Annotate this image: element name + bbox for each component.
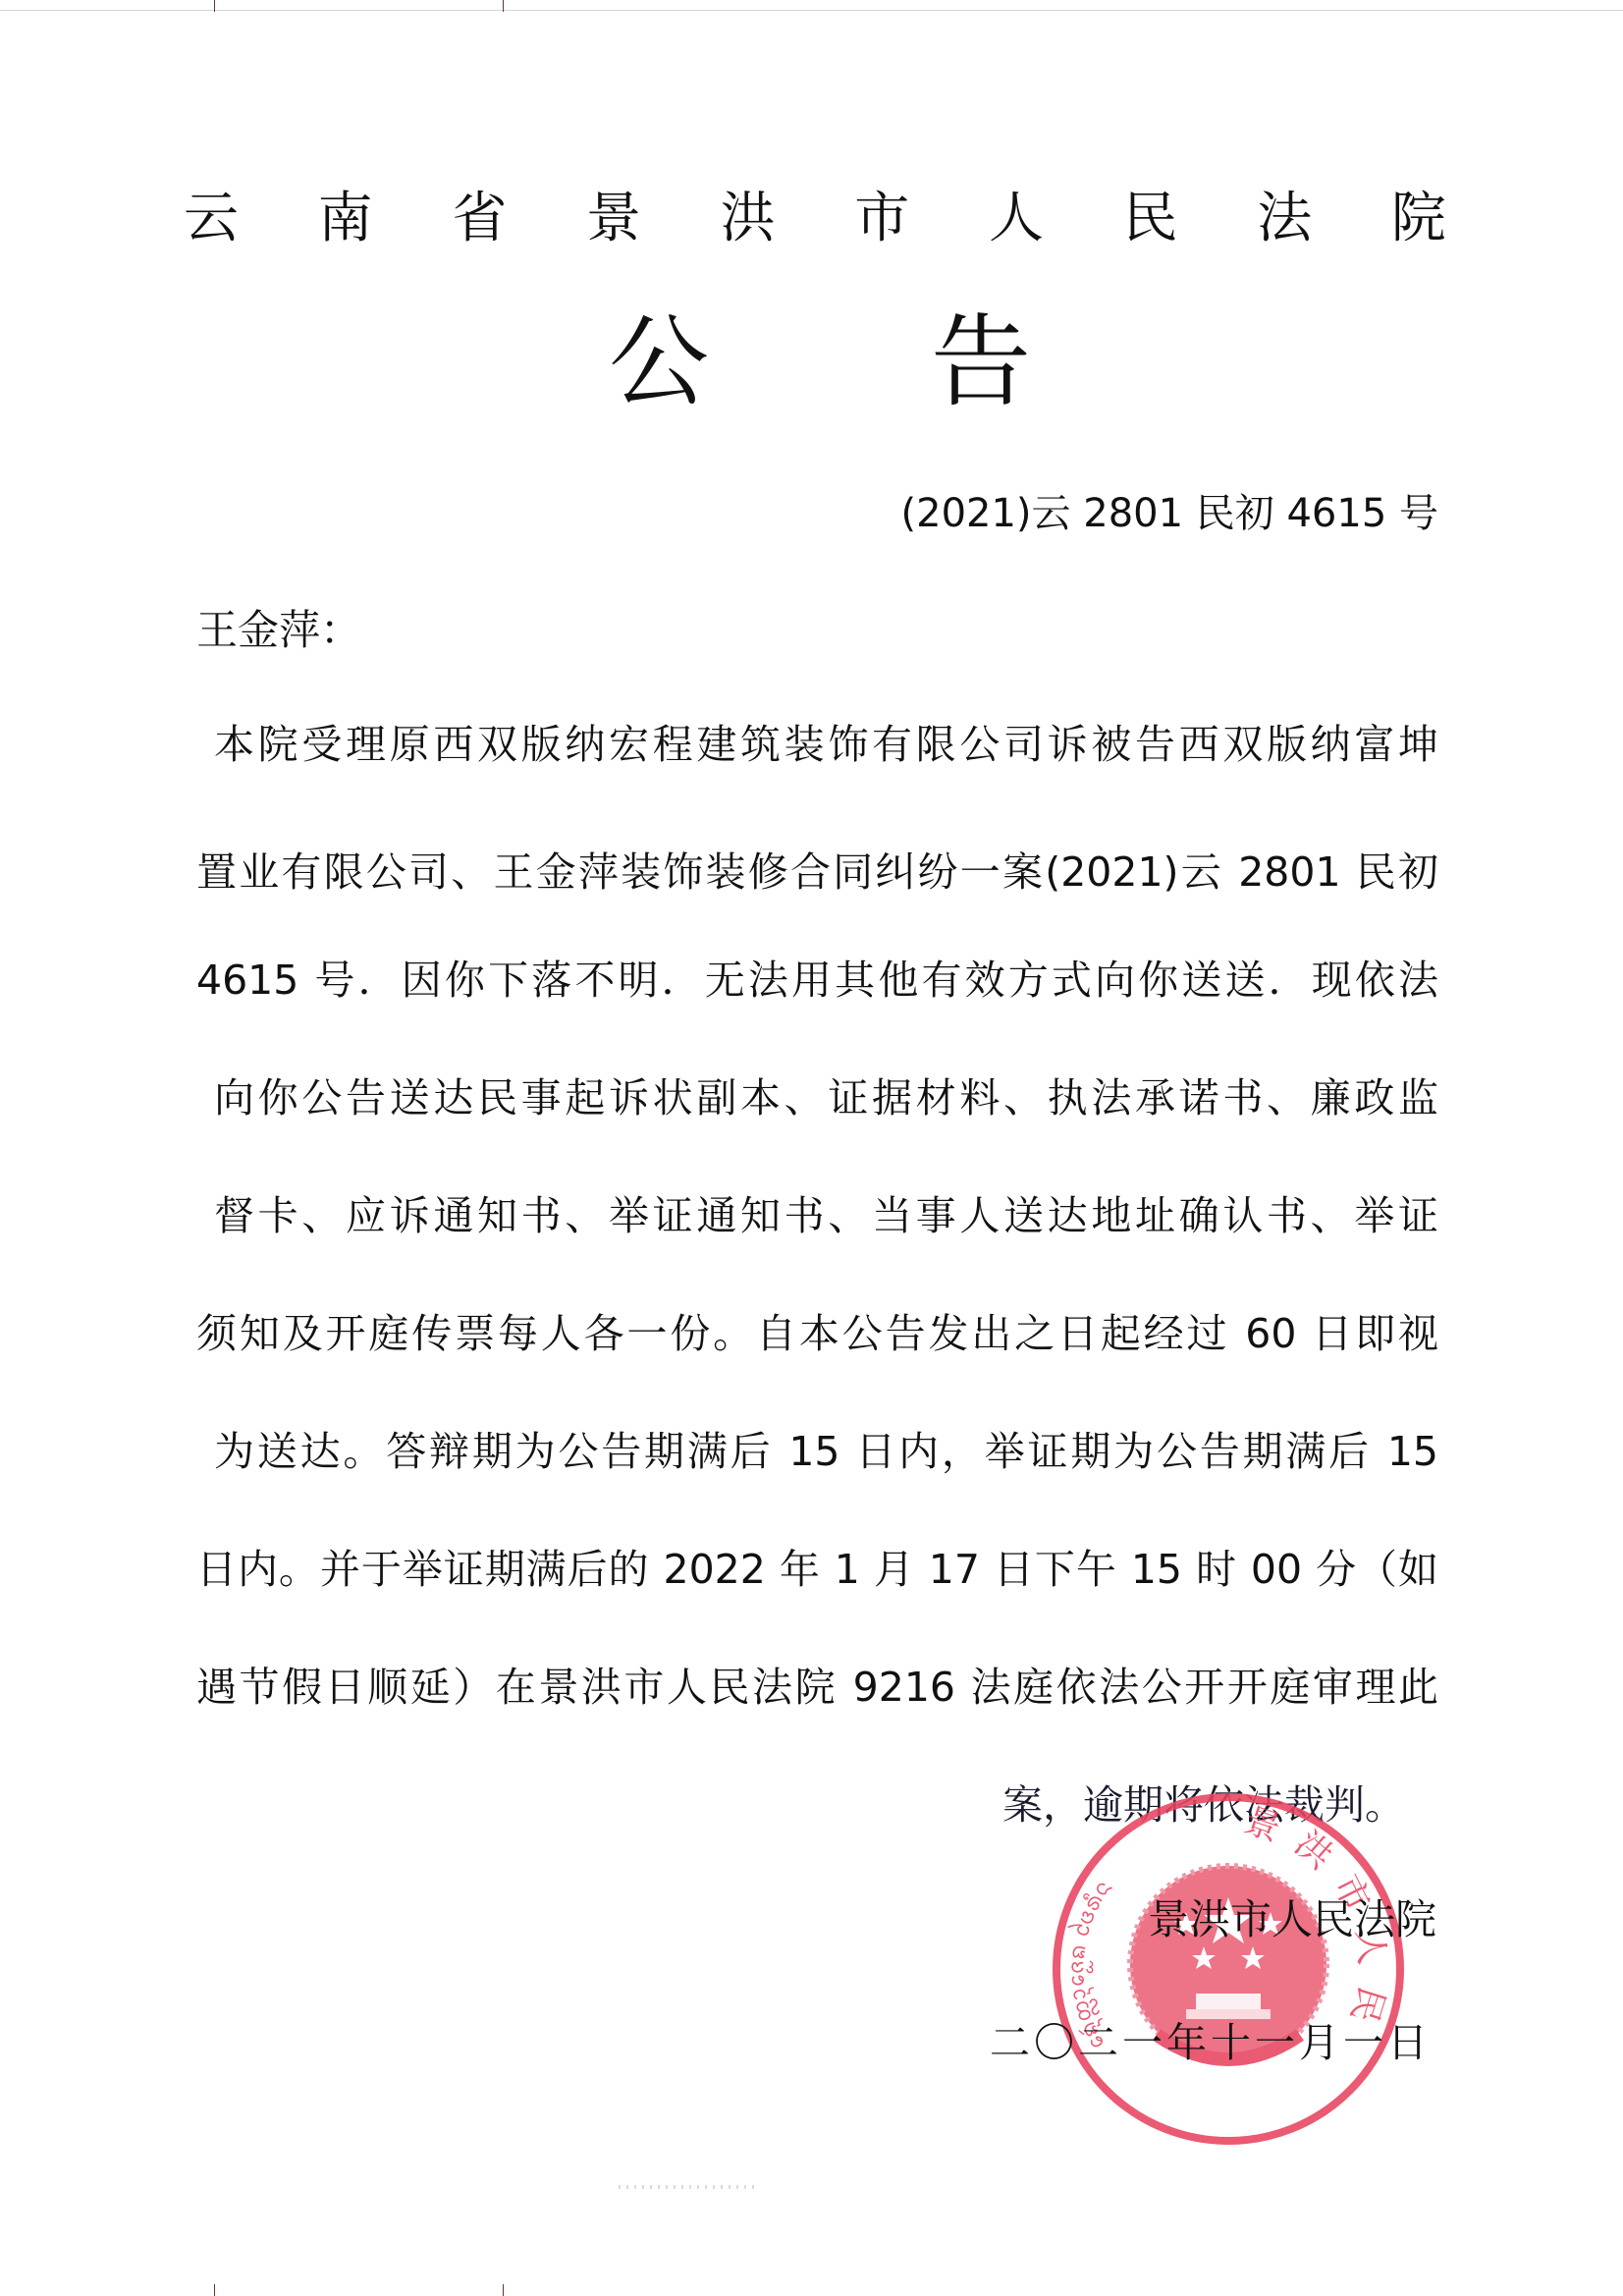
body-line: 日内。并于举证期满后的 2022 年 1 月 17 日下午 15 时 00 分（…	[196, 1540, 1438, 1599]
court-name-char: 市	[847, 185, 916, 253]
court-name-header: 云 南 省 景 洪 市 人 民 法 院	[177, 185, 1453, 253]
body-line: 须知及开庭传票每人各一份。自本公告发出之日起经过 60 日即视	[196, 1304, 1438, 1363]
addressee-salutation: 王金萍：	[196, 601, 361, 660]
body-line: 遇节假日顺延）在景洪市人民法院 9216 法庭依法公开开庭审理此	[196, 1658, 1438, 1717]
body-line: 向你公告送达民事起诉状副本、证据材料、执法承诺书、廉政监	[214, 1068, 1438, 1127]
court-name-char: 景	[579, 185, 648, 253]
court-name-char: 洪	[714, 185, 783, 253]
notice-title-char: 公	[609, 300, 709, 427]
case-number: (2021)云 2801 民初 4615 号	[901, 486, 1438, 541]
scan-tick-mark	[503, 2284, 504, 2296]
signing-court: 景洪市人民法院	[1148, 1890, 1436, 1949]
scan-artifact	[619, 2185, 756, 2189]
notice-page: 云 南 省 景 洪 市 人 民 法 院 公 告 (2021)云 2801 民初 …	[0, 0, 1623, 2296]
court-name-char: 人	[982, 185, 1051, 253]
body-line: 4615 号．因你下落不明．无法用其他有效方式向你送送．现依法	[196, 951, 1438, 1010]
court-name-char: 省	[445, 185, 514, 253]
scan-edge-rule	[0, 10, 1623, 11]
court-name-char: 院	[1384, 185, 1453, 253]
scan-tick-mark	[214, 0, 215, 12]
scan-tick-mark	[214, 2284, 215, 2296]
body-line: 置业有限公司、王金萍装饰装修合同纠纷一案(2021)云 2801 民初	[196, 843, 1438, 902]
notice-title-char: 告	[931, 300, 1031, 427]
body-line: 为送达。答辩期为公告期满后 15 日内，举证期为公告期满后 15	[214, 1422, 1438, 1481]
court-name-char: 法	[1250, 185, 1319, 253]
issue-date: 二〇二一年十一月一日	[990, 2013, 1432, 2072]
body-line: 本院受理原西双版纳宏程建筑装饰有限公司诉被告西双版纳富坤	[214, 715, 1438, 774]
court-name-char: 南	[311, 185, 380, 253]
body-line: 督卡、应诉通知书、举证通知书、当事人送达地址确认书、举证	[214, 1186, 1438, 1245]
court-name-char: 民	[1116, 185, 1185, 253]
scan-tick-mark	[503, 0, 504, 12]
court-name-char: 云	[177, 185, 245, 253]
court-seal-icon: ᨦᩮᩢ᩠ᨶᨲᩖᩣ᩠ᨶᨩᩮᩬᨦ ᨴᩱᩁᩥᨶ 景洪市人民	[1049, 1789, 1408, 2149]
notice-title: 公 告	[609, 300, 1031, 427]
